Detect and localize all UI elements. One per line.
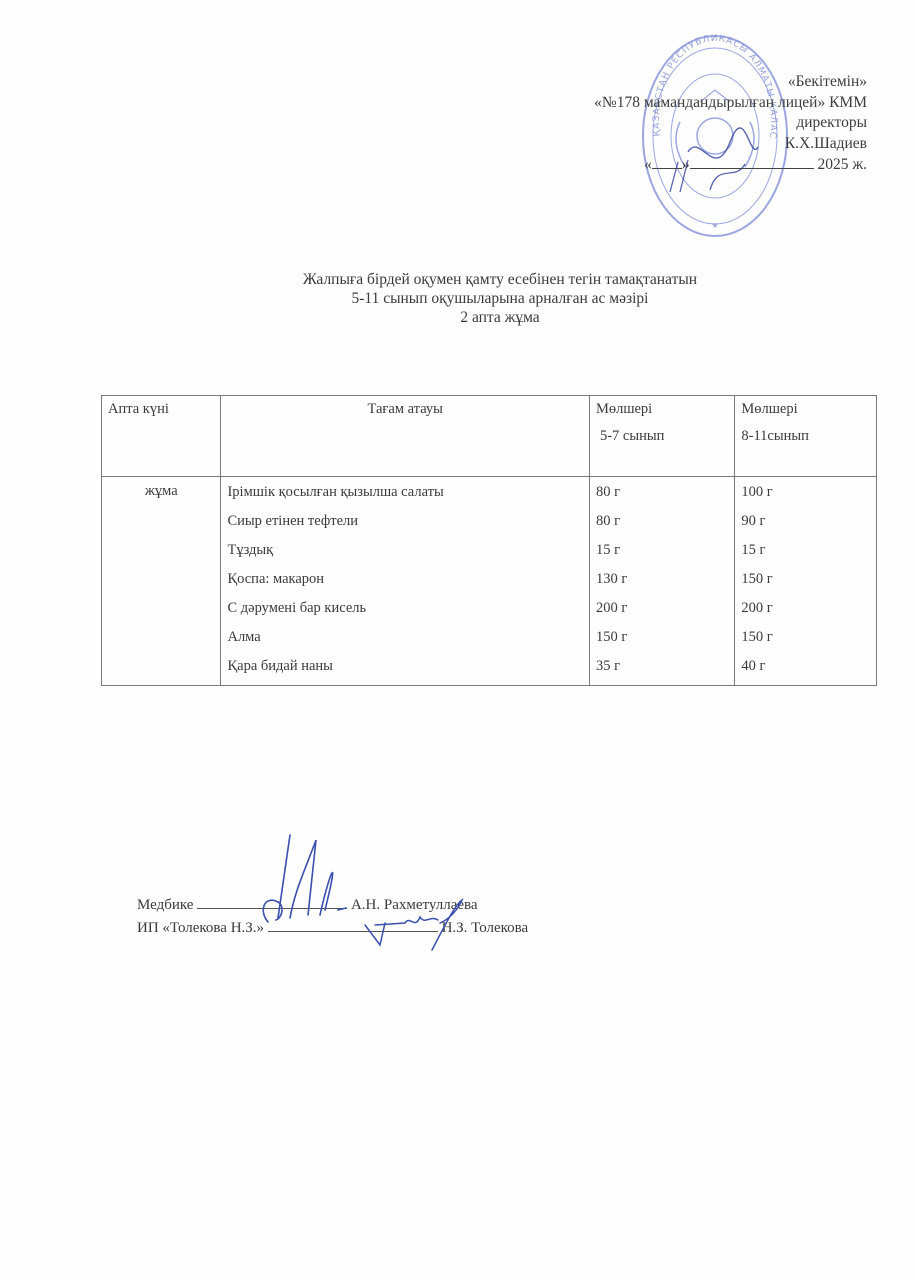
qty-value: 40 г <box>741 657 870 679</box>
supplier-role: ИП «Толекова Н.З.» <box>137 920 264 936</box>
title-line-2: 5-11 сынып оқушыларына арналған ас мәзір… <box>0 289 915 308</box>
qty-5-7-list: 80 г 80 г 15 г 130 г 200 г 150 г 35 г <box>589 477 734 686</box>
dish-item: Сиыр етінен тефтели <box>227 512 582 541</box>
table-header-row: Апта күні Тағам атауы Мөлшері 5-7 сынып … <box>102 396 877 477</box>
header-qty-8-11: Мөлшері 8-11сынып <box>735 396 877 477</box>
approval-date: «» 2025 ж. <box>644 154 867 176</box>
date-year: 2025 ж. <box>818 156 867 173</box>
qty-value: 35 г <box>596 657 728 679</box>
nurse-signature-row: Медбике А.Н. Рахметуллаева <box>137 894 528 917</box>
nurse-role: Медбике <box>137 897 193 913</box>
dish-list: Ірімшік қосылған қызылша салаты Сиыр еті… <box>221 477 589 686</box>
qty-value: 80 г <box>596 512 728 541</box>
director-name: К.Х.Шадиев <box>594 134 867 155</box>
qty-value: 15 г <box>741 541 870 570</box>
nurse-name: А.Н. Рахметуллаева <box>351 897 478 913</box>
qty-value: 130 г <box>596 570 728 599</box>
svg-text:★: ★ <box>711 221 718 230</box>
supplier-signature-line <box>268 917 438 932</box>
qty-value: 15 г <box>596 541 728 570</box>
dish-item: Қара бидай наны <box>227 657 582 679</box>
qty-value: 150 г <box>741 628 870 657</box>
qty-value: 90 г <box>741 512 870 541</box>
day-cell: жұма <box>102 477 221 686</box>
qty-value: 150 г <box>741 570 870 599</box>
qty-value: 150 г <box>596 628 728 657</box>
qty-value: 100 г <box>741 483 870 512</box>
approval-heading: «Бекітемін» <box>594 72 867 93</box>
supplier-signature-row: ИП «Толекова Н.З.» Н.З. Толекова <box>137 917 528 940</box>
header-dish: Тағам атауы <box>221 396 589 477</box>
menu-table: Апта күні Тағам атауы Мөлшері 5-7 сынып … <box>101 395 877 686</box>
dish-item: Алма <box>227 628 582 657</box>
signatures-block: Медбике А.Н. Рахметуллаева ИП «Толекова … <box>137 894 528 940</box>
header-day: Апта күні <box>102 396 221 477</box>
dish-item: Ірімшік қосылған қызылша салаты <box>227 483 582 512</box>
qty-8-11-list: 100 г 90 г 15 г 150 г 200 г 150 г 40 г <box>735 477 877 686</box>
director-title: директоры <box>594 113 867 134</box>
nurse-signature-line <box>197 894 347 909</box>
dish-item: С дәрумені бар кисель <box>227 599 582 628</box>
document-title: Жалпыға бірдей оқумен қамту есебінен тег… <box>0 270 915 327</box>
qty-value: 200 г <box>741 599 870 628</box>
table-row: жұма Ірімшік қосылған қызылша салаты Сиы… <box>102 477 877 686</box>
dish-item: Қоспа: макарон <box>227 570 582 599</box>
date-month-blank <box>690 154 814 169</box>
approval-block: «Бекітемін» «№178 мамандандырылған лицей… <box>594 72 867 176</box>
date-day-blank <box>652 154 682 169</box>
dish-item: Тұздық <box>227 541 582 570</box>
qty-value: 200 г <box>596 599 728 628</box>
title-line-3: 2 апта жұма <box>0 308 915 327</box>
institution-name: «№178 мамандандырылған лицей» КММ <box>594 93 867 114</box>
title-line-1: Жалпыға бірдей оқумен қамту есебінен тег… <box>0 270 915 289</box>
qty-value: 80 г <box>596 483 728 512</box>
header-qty-5-7: Мөлшері 5-7 сынып <box>589 396 734 477</box>
supplier-name: Н.З. Толекова <box>442 920 529 936</box>
